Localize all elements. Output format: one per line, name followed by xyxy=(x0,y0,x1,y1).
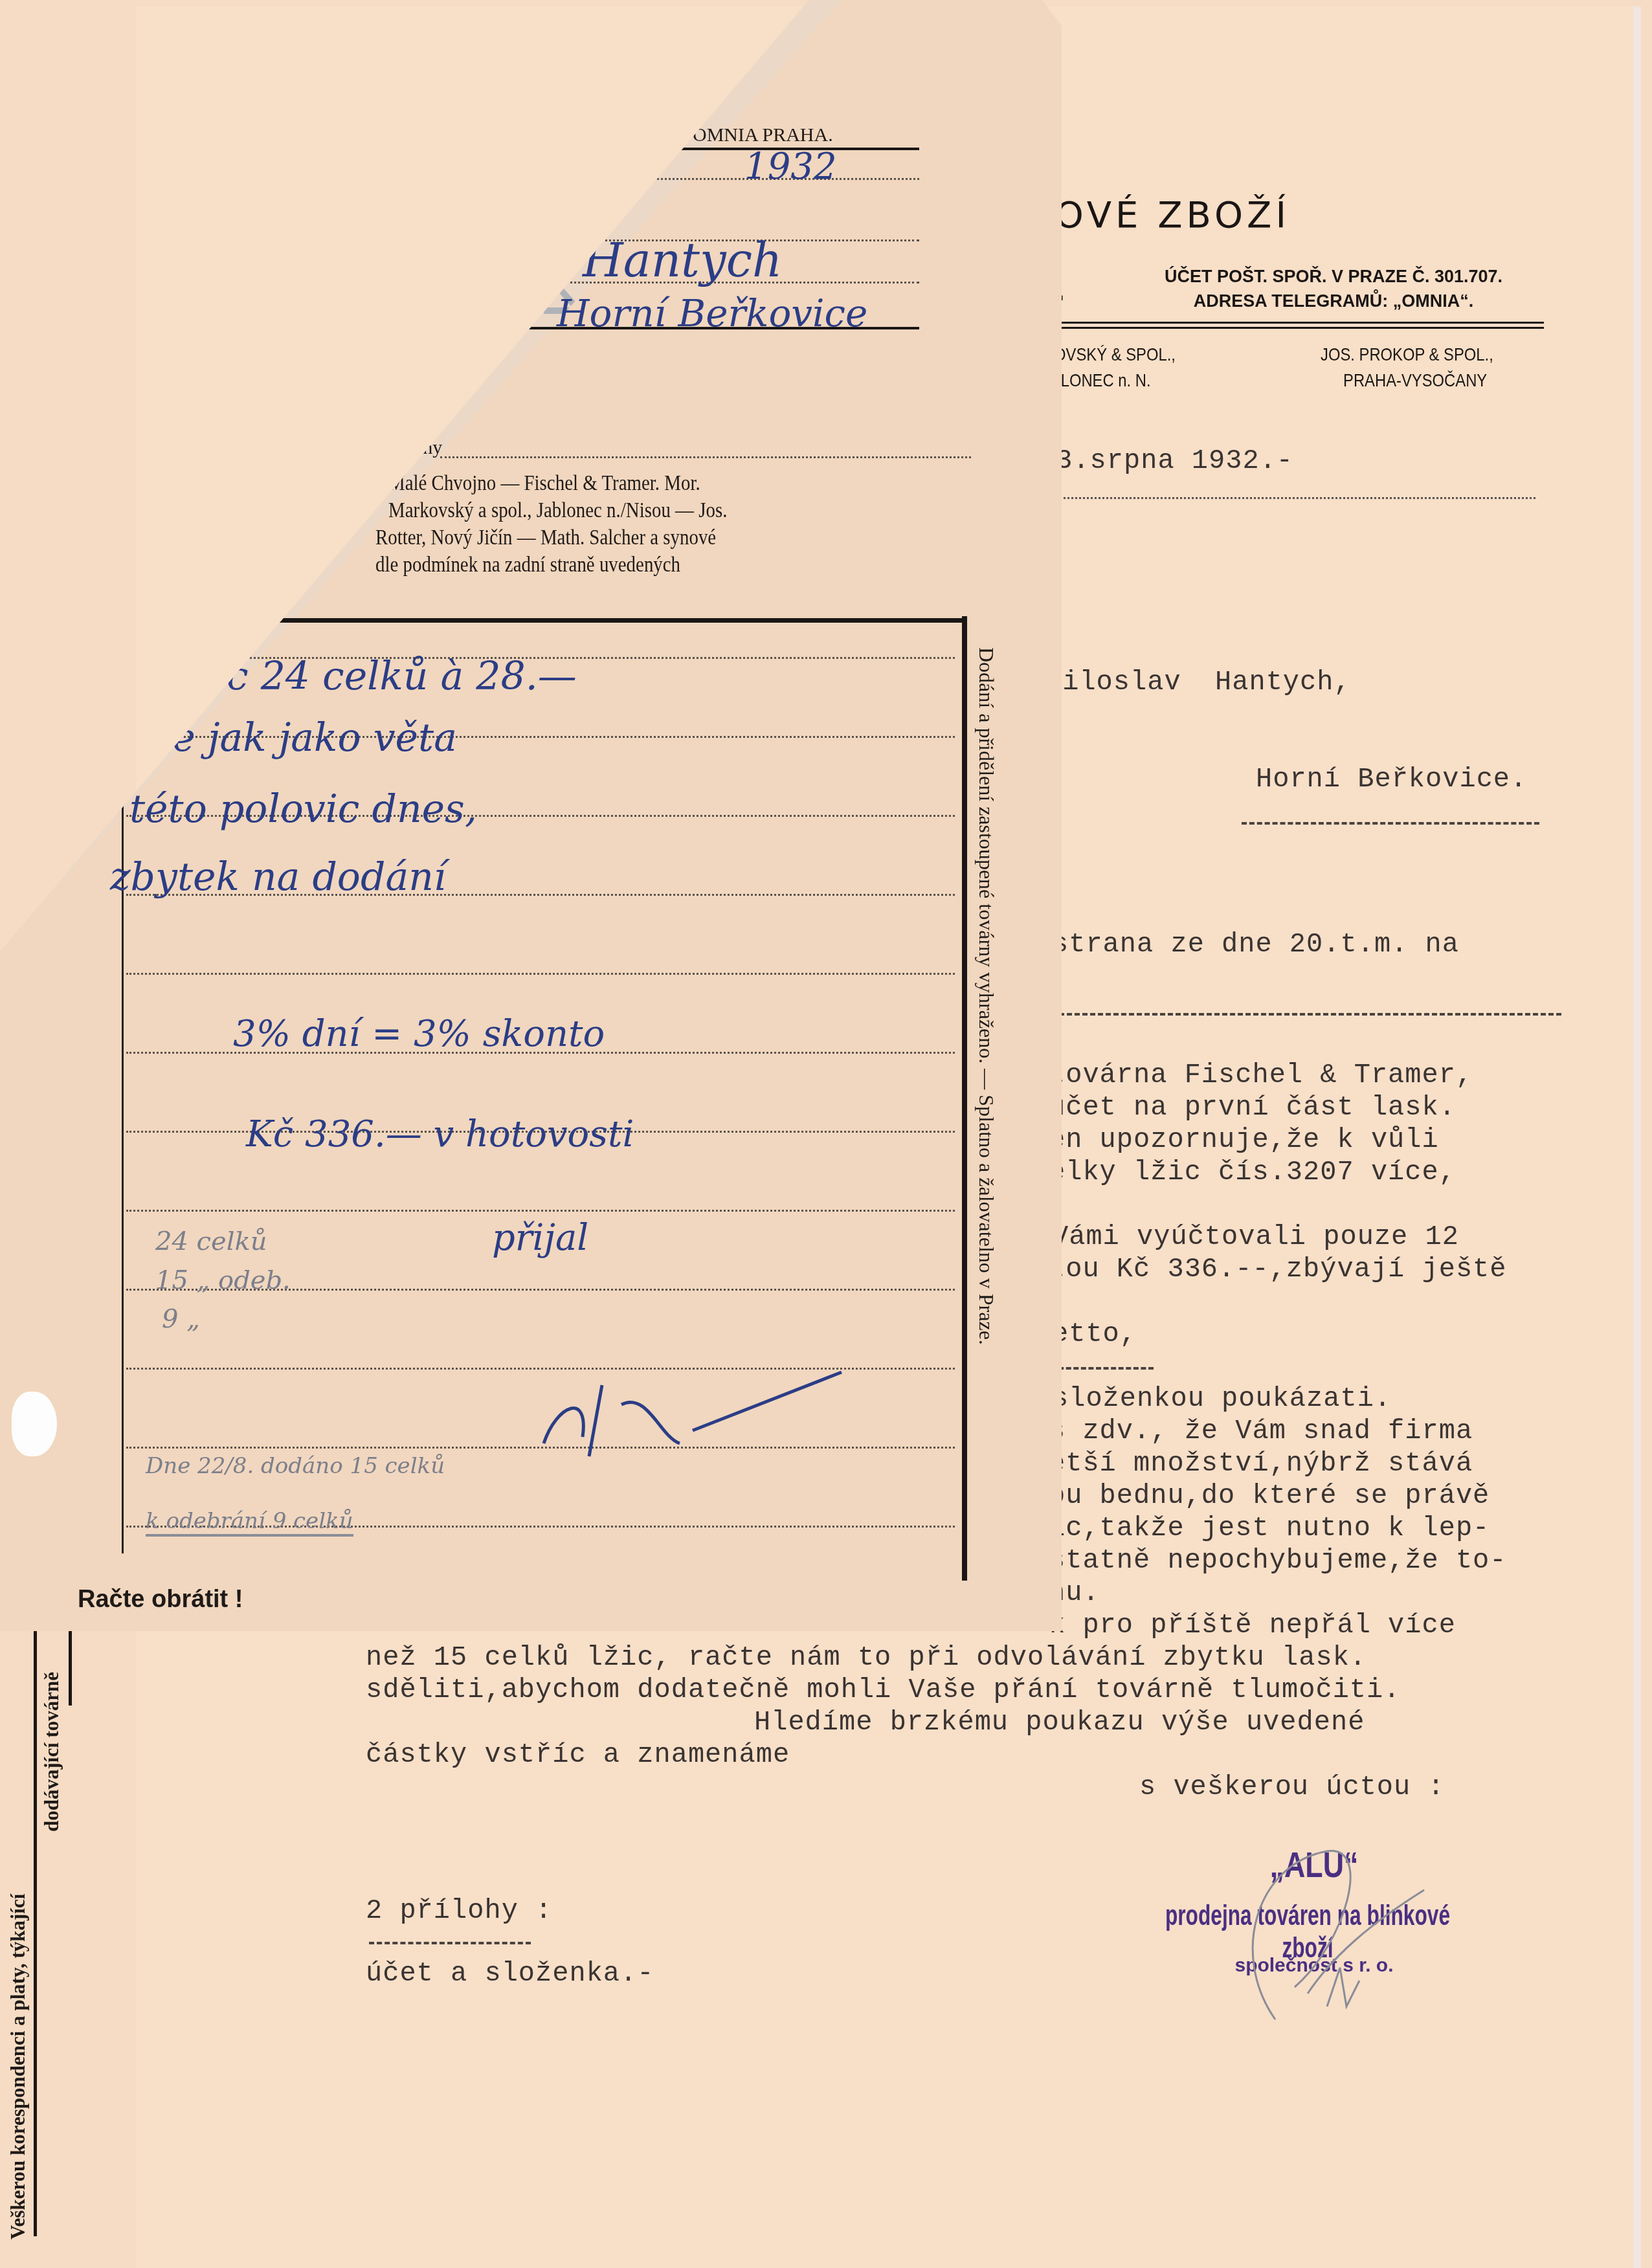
account-line: ÚČET POŠT. SPOŘ. V PRAZE Č. 301.707. xyxy=(1120,264,1547,289)
factories-line: Malé Chvojno — Fischel & Tramer. Mor. xyxy=(388,471,700,496)
body-line: k pro příště nepřál více xyxy=(1049,1610,1456,1641)
ghost-box xyxy=(39,65,89,271)
body-line: strana ze dne 20.t.m. na xyxy=(1052,929,1459,960)
body-line: částky vstříc a znamenáme xyxy=(366,1739,790,1770)
form-rule xyxy=(492,327,919,329)
factories-line: Rotter, Nový Jičín — Math. Salcher a syn… xyxy=(375,526,716,550)
company-2: JOS. PROKOP & SPOL., PRAHA-VYSOČANY xyxy=(1321,342,1493,394)
company-2-name: JOS. PROKOP & SPOL., xyxy=(1321,342,1493,368)
body-line: továrna Fischel & Tramer, xyxy=(1049,1060,1473,1091)
recipient-place: Horní Beřkovice. xyxy=(1256,764,1527,795)
place-underline xyxy=(1242,822,1539,825)
attachments-value: účet a složenka.- xyxy=(366,1958,654,1989)
handwritten-name: Hantych xyxy=(583,233,782,287)
pencil-line: 15 „ odeb. xyxy=(155,1265,291,1295)
attachments-rule xyxy=(369,1942,531,1944)
attachments-label: 2 přílohy : xyxy=(366,1895,552,1926)
body-line: elky lžic čís.3207 více, xyxy=(1049,1157,1456,1188)
recipient-name: Miloslav Hantych, xyxy=(1045,667,1351,698)
handwritten-line: Kč 336.— v hotovosti xyxy=(246,1113,634,1155)
factories-line: Markovský a spol., Jablonec n./Nisou — J… xyxy=(388,498,727,523)
left-notice-2: dodávající továrně xyxy=(40,1672,63,1832)
letterhead-rule xyxy=(1032,322,1544,329)
paper-tear xyxy=(12,1392,57,1456)
ghost-text: OCEL xyxy=(45,412,120,608)
body-line: s zdv., že Vám snad firma xyxy=(1049,1416,1473,1447)
form-ruled-line xyxy=(126,1210,955,1212)
ghost-text: Beč. čís. xyxy=(47,160,69,246)
left-notice-rule xyxy=(34,1615,37,2236)
body-line: než 15 celků lžic, račte nám to při odvo… xyxy=(366,1642,1367,1673)
body-line: tou Kč 336.--,zbývají ještě xyxy=(1049,1254,1507,1285)
factories-line: dle podmínek na zadní straně uvedených xyxy=(375,553,680,577)
body-line: složenkou poukázati. xyxy=(1052,1383,1391,1414)
handwritten-signature xyxy=(531,1366,867,1463)
body-rule xyxy=(1044,1013,1561,1016)
body-line: ěn upozornuje,že k vůli xyxy=(1049,1124,1439,1155)
handwritten-line: přijal xyxy=(492,1217,588,1259)
telegram-line: ADRESA TELEGRAMŮ: „OMNIA“. xyxy=(1120,289,1547,313)
body-line: sděliti,abychom dodatečně mohli Vaše přá… xyxy=(366,1674,1400,1706)
form-table-right xyxy=(962,616,967,1581)
pencil-line: Dne 22/8. dodáno 15 celků xyxy=(146,1453,445,1479)
body-line: Vámi vyúčtovali pouze 12 xyxy=(1052,1221,1459,1252)
body-line: statně nepochybujeme,že to- xyxy=(1049,1545,1507,1576)
date-rule xyxy=(1044,497,1535,499)
sheet-edge xyxy=(1633,6,1641,2268)
handwritten-line: 3% dní = 3% skonto xyxy=(233,1013,605,1055)
handwritten-year: 1932 xyxy=(744,146,837,188)
body-line: účet na první část lask. xyxy=(1049,1092,1456,1123)
pencil-line: 9 „ xyxy=(162,1304,200,1334)
letter-closing: s veškerou úctou : xyxy=(1139,1772,1445,1803)
letterhead-title: KOVÉ ZBOŽÍ xyxy=(1029,194,1290,236)
letter-date: 23.srpna 1932.- xyxy=(1039,445,1293,476)
left-notice-1: Veškerou korespondenci a platy, týkající xyxy=(6,1894,30,2240)
turn-over-note: Račte obrátit ! xyxy=(78,1586,243,1614)
letterhead-account: ÚČET POŠT. SPOŘ. V PRAZE Č. 301.707. ADR… xyxy=(1120,264,1547,313)
form-ruled-line xyxy=(126,973,955,975)
pencil-line: 24 celků xyxy=(155,1227,267,1256)
body-line: etto, xyxy=(1052,1318,1137,1350)
pencil-signature xyxy=(1178,1825,1437,2039)
scanned-document: KOVÉ ZBOŽÍ B. ÚČET POŠT. SPOŘ. V PRAZE Č… xyxy=(0,0,1652,2268)
side-notice: Dodání a přidělení zastoupené továrny vy… xyxy=(974,647,998,1345)
form-omnia: OMNIA PRAHA. xyxy=(693,124,833,146)
body-line: ic,takže jest nutno k lep- xyxy=(1049,1513,1490,1544)
form-dotline xyxy=(440,456,971,458)
body-line: ou bednu,do které se právě xyxy=(1049,1480,1490,1511)
body-line: Hledíme brzkému poukazu výše uvedené xyxy=(754,1707,1365,1738)
handwritten-line: této polovic dnes, xyxy=(129,786,477,832)
company-2-city: PRAHA-VYSOČANY xyxy=(1321,368,1493,394)
pencil-line: k odebrání 9 celků xyxy=(146,1508,353,1537)
handwritten-line: zbytek na dodání xyxy=(110,854,446,900)
body-line: ětší množství,nýbrž stává xyxy=(1049,1448,1473,1479)
